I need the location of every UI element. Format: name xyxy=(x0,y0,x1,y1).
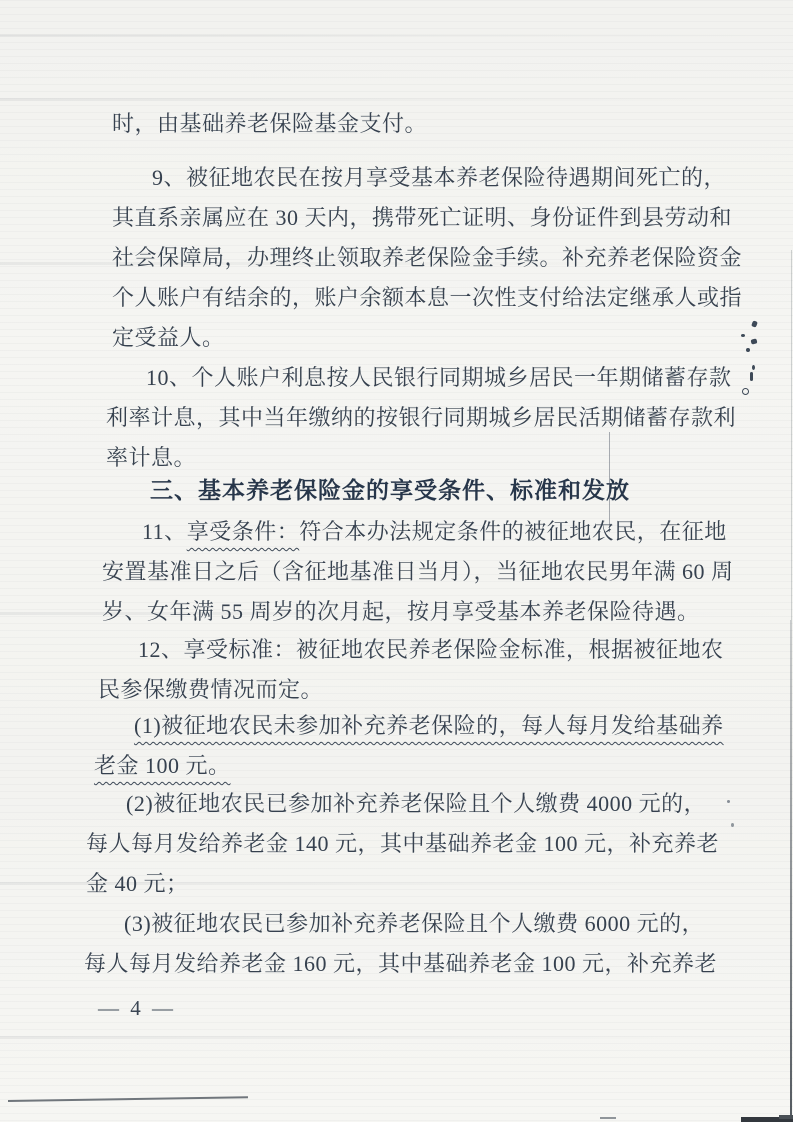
paragraph-sub-2: (2)被征地农民已参加补充养老保险且个人缴费 4000 元的， 每人每月发给养老… xyxy=(86,784,732,904)
underlined-phrase: 老金 100 元。 xyxy=(94,753,231,778)
text-line: 每人每月发给养老金 140 元，其中基础养老金 100 元，补充养老 xyxy=(86,824,732,864)
text-line: 12、享受标准：被征地农民养老保险金标准，根据被征地农 xyxy=(98,630,732,670)
text-line: 每人每月发给养老金 160 元，其中基础养老金 100 元，补充养老 xyxy=(84,944,732,984)
text-line: 民参保缴费情况而定。 xyxy=(98,670,732,710)
item-number: 11、 xyxy=(142,519,187,544)
scan-streak xyxy=(0,98,793,101)
text-line: 9、被征地农民在按月享受基本养老保险待遇期间死亡的， xyxy=(112,158,732,198)
underlined-phrase: (1)被征地农民未参加补充养老保险的，每人每月发给基础养 xyxy=(134,713,724,738)
text-line: 安置基准日之后（含征地基准日当月），当征地农民男年满 60 周 xyxy=(102,552,732,592)
page-number: — 4 — xyxy=(98,996,176,1021)
text-line: 个人账户有结余的，账户余额本息一次性支付给法定继承人或指 xyxy=(112,278,732,318)
text-line: 岁、女年满 55 周岁的次月起，按月享受基本养老保险待遇。 xyxy=(102,592,732,632)
ink-speck xyxy=(741,334,745,337)
paragraph-item-9: 9、被征地农民在按月享受基本养老保险待遇期间死亡的， 其直系亲属应在 30 天内… xyxy=(112,158,732,358)
text-line: (1)被征地农民未参加补充养老保险的，每人每月发给基础养 xyxy=(94,706,732,746)
text-line: 10、个人账户利息按人民银行同期城乡居民一年期储蓄存款 xyxy=(106,358,732,398)
ink-speck xyxy=(751,320,758,327)
text-line: 时，由基础养老保险基金支付。 xyxy=(112,104,732,144)
ink-speck xyxy=(746,348,750,352)
ink-speck xyxy=(731,823,734,827)
text-line: 11、享受条件：符合本办法规定条件的被征地农民，在征地 xyxy=(102,512,732,552)
text-line: 利率计息，其中当年缴纳的按银行同期城乡居民活期储蓄存款利 xyxy=(106,398,732,438)
text-line: 其直系亲属应在 30 天内，携带死亡证明、身份证件到县劳动和 xyxy=(112,198,732,238)
document-body: 时，由基础养老保险基金支付。 9、被征地农民在按月享受基本养老保险待遇期间死亡的… xyxy=(112,104,732,984)
page-edge-crease xyxy=(8,1096,248,1102)
ink-speck xyxy=(727,800,730,803)
paragraph-sub-3: (3)被征地农民已参加补充养老保险且个人缴费 6000 元的， 每人每月发给养老… xyxy=(84,904,732,984)
text-line: (3)被征地农民已参加补充养老保险且个人缴费 6000 元的， xyxy=(84,904,732,944)
page-edge-shadow xyxy=(790,620,792,1122)
text-line: 老金 100 元。 xyxy=(94,746,732,786)
line-rest: 符合本办法规定条件的被征地农民，在征地 xyxy=(299,519,727,544)
heading-text: 三、基本养老保险金的享受条件、标准和发放 xyxy=(112,472,732,508)
scan-mark xyxy=(600,1117,616,1119)
text-line: (2)被征地农民已参加补充养老保险且个人缴费 4000 元的， xyxy=(86,784,732,824)
text-line: 金 40 元； xyxy=(86,864,732,904)
scanned-document-page: 时，由基础养老保险基金支付。 9、被征地农民在按月享受基本养老保险待遇期间死亡的… xyxy=(0,0,793,1122)
ink-speck xyxy=(752,365,755,370)
paragraph-item-11: 11、享受条件：符合本办法规定条件的被征地农民，在征地 安置基准日之后（含征地基… xyxy=(102,512,732,632)
paragraph-continuation: 时，由基础养老保险基金支付。 xyxy=(112,104,732,144)
page-edge-shadow xyxy=(779,1115,793,1119)
paragraph-item-12: 12、享受标准：被征地农民养老保险金标准，根据被征地农 民参保缴费情况而定。 xyxy=(98,630,732,710)
page-edge-shadow xyxy=(791,250,792,620)
scan-streak xyxy=(0,1036,793,1039)
scan-fold-line xyxy=(609,432,610,532)
text-line: 定受益人。 xyxy=(112,318,732,358)
ink-speck xyxy=(750,338,757,344)
paragraph-sub-1-underlined: (1)被征地农民未参加补充养老保险的，每人每月发给基础养 老金 100 元。 xyxy=(94,706,732,786)
section-heading-3: 三、基本养老保险金的享受条件、标准和发放 xyxy=(112,472,732,508)
ink-speck xyxy=(742,388,749,395)
underlined-phrase: 享受条件： xyxy=(187,519,300,544)
ink-speck xyxy=(750,372,753,381)
text-line: 社会保障局，办理终止领取养老保险金手续。补充养老保险资金 xyxy=(112,238,732,278)
paragraph-item-10: 10、个人账户利息按人民银行同期城乡居民一年期储蓄存款 利率计息，其中当年缴纳的… xyxy=(106,358,732,478)
scan-streak xyxy=(0,34,793,37)
